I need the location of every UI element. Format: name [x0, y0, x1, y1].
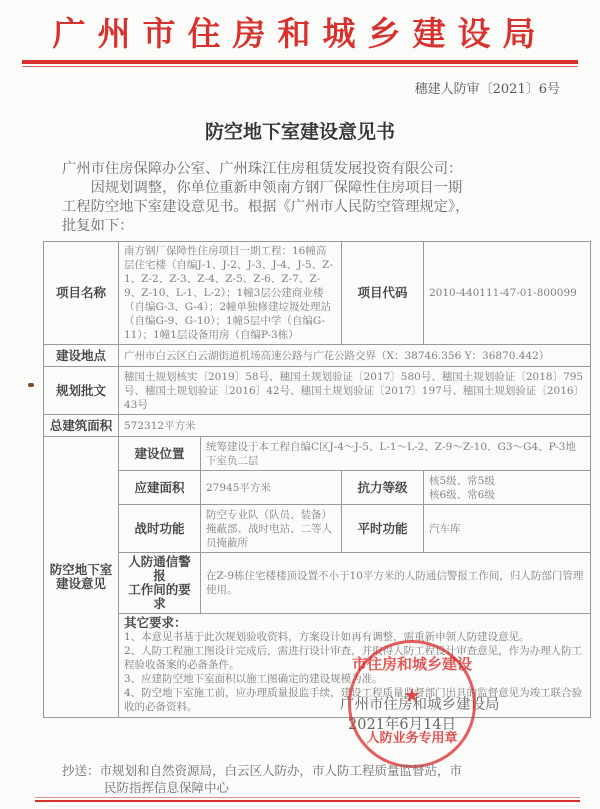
total-area-label: 总建筑面积: [44, 415, 119, 437]
planning-approval-label: 规划批文: [44, 367, 119, 415]
opinion-label-line1: 防空地下室: [50, 562, 113, 577]
opinion-table: 项目名称 南方钢厂保障性住房项目一期工程：16幢高层住宅楼（自编J-1、J-2、…: [43, 241, 591, 718]
other-requirement-3: 3、应建防空地下室面积以施工图确定的建设规模为准。: [124, 672, 585, 686]
resistance-grade-line2: 核6级、常6级: [429, 489, 495, 501]
alarm-room-label: 人防通信警报 工作间的要求: [119, 553, 201, 614]
cc-label: 抄送：: [62, 763, 100, 778]
signature-org: 广州市住房和城乡建设局: [340, 695, 560, 715]
planning-approval-value: 穗国土规划核实〔2019〕58号、穗国土规划验证〔2017〕580号、穗国土规划…: [119, 367, 591, 415]
row-project-name: 项目名称 南方钢厂保障性住房项目一期工程：16幢高层住宅楼（自编J-1、J-2、…: [44, 242, 591, 345]
location-label: 建设地点: [44, 345, 119, 367]
cc-line-1: 市规划和自然资源局，白云区人防办，市人防工程质量监督站，市: [100, 763, 463, 778]
location-value: 广州市白云区白云湖街道机场高速公路与广花公路交界（X：38746.356 Y：3…: [119, 345, 591, 367]
intro-text: 广州市住房保障办公室、广州珠江住房租赁发展投资有限公司： 因规划调整，你单位重新…: [62, 160, 542, 236]
body-line-1: 因规划调整，你单位重新申领南方钢厂保障性住房项目一期: [62, 179, 542, 198]
alarm-room-label-line2: 工作间的要求: [128, 582, 191, 611]
row-functions: 战时功能 防空专业队（队员、装备）掩蔽部、战时电站、二等人员掩蔽所 平时功能 汽…: [44, 505, 591, 553]
project-name-label: 项目名称: [44, 242, 119, 345]
punch-mark: [28, 383, 34, 387]
cc-line-2: 民防指挥信息保障中心: [62, 779, 542, 796]
row-alarm-room: 人防通信警报 工作间的要求 在Z-9栋住宅楼楼顶设置不小于10平方米的人防通信警…: [44, 553, 591, 614]
body-line-2: 工程防空地下室建设意见书。根据《广州市人民防空管理规定》，: [62, 198, 542, 217]
other-requirements-title: 其它要求：: [124, 616, 585, 630]
wartime-function-label: 战时功能: [119, 505, 201, 553]
wartime-function-value: 防空专业队（队员、装备）掩蔽部、战时电站、二等人员掩蔽所: [201, 505, 342, 553]
resistance-grade-line1: 核5级、常5级: [429, 475, 495, 487]
required-area-value: 27945平方米: [201, 471, 342, 505]
letterhead-rule-thin: [22, 66, 578, 67]
document-title: 防空地下室建设意见书: [0, 117, 600, 144]
required-area-label: 应建面积: [119, 471, 201, 505]
opinion-label-line2: 建设意见: [56, 576, 106, 591]
carbon-copy: 抄送：市规划和自然资源局，白云区人防办，市人防工程质量监督站，市 民防指挥信息保…: [62, 762, 542, 796]
project-code-label: 项目代码: [342, 242, 424, 345]
footer-rule-thin: [35, 797, 580, 798]
letterhead-title: 广州市住房和城乡建设局: [0, 8, 600, 55]
recipients: 广州市住房保障办公室、广州珠江住房租赁发展投资有限公司：: [62, 160, 542, 179]
other-requirement-2: 2、人防工程施工图设计完成后，需进行设计审查，并取得人防工程设计审查意见，作为办…: [124, 644, 585, 672]
row-location: 建设地点 广州市白云区白云湖街道机场高速公路与广花公路交界（X：38746.35…: [44, 345, 591, 367]
row-planning-approval: 规划批文 穗国土规划核实〔2019〕58号、穗国土规划验证〔2017〕580号、…: [44, 367, 591, 415]
signature-block: 广州市住房和城乡建设局 2021年6月14日: [340, 695, 560, 735]
build-position-label: 建设位置: [119, 437, 201, 471]
resistance-grade-value: 核5级、常5级 核6级、常6级: [424, 471, 591, 505]
alarm-room-value: 在Z-9栋住宅楼楼顶设置不小于10平方米的人防通信警报工作间，归人防部门管理使用…: [201, 553, 591, 614]
project-name-value: 南方钢厂保障性住房项目一期工程：16幢高层住宅楼（自编J-1、J-2、J-3、J…: [119, 242, 342, 345]
footer-rule: [35, 800, 580, 802]
document-number: 穗建人防审〔2021〕6号: [415, 78, 560, 97]
body-line-3: 批复如下：: [62, 217, 542, 236]
signature-date: 2021年6月14日: [340, 715, 560, 735]
peacetime-function-value: 汽车库: [424, 505, 591, 553]
peacetime-function-label: 平时功能: [342, 505, 424, 553]
other-requirement-1: 1、本意见书基于此次规划验收资料，方案设计如再有调整，需重新申领人防建设意见。: [124, 630, 585, 644]
resistance-grade-label: 抗力等级: [342, 471, 424, 505]
opinion-section-label: 防空地下室 建设意见: [44, 437, 119, 718]
project-code-value: 2010-440111-47-01-800099: [424, 242, 591, 345]
build-position-value: 统筹建设于本工程自编C区J-4～J-5、L-1～L-2、Z-9～Z-10、G3～…: [201, 437, 591, 471]
alarm-room-label-line1: 人防通信警报: [128, 554, 191, 583]
row-total-area: 总建筑面积 572312平方米: [44, 415, 591, 437]
row-required-area: 应建面积 27945平方米 抗力等级 核5级、常5级 核6级、常6级: [44, 471, 591, 505]
total-area-value: 572312平方米: [119, 415, 591, 437]
row-build-position: 防空地下室 建设意见 建设位置 统筹建设于本工程自编C区J-4～J-5、L-1～…: [44, 437, 591, 471]
letterhead-rule: [22, 60, 578, 64]
